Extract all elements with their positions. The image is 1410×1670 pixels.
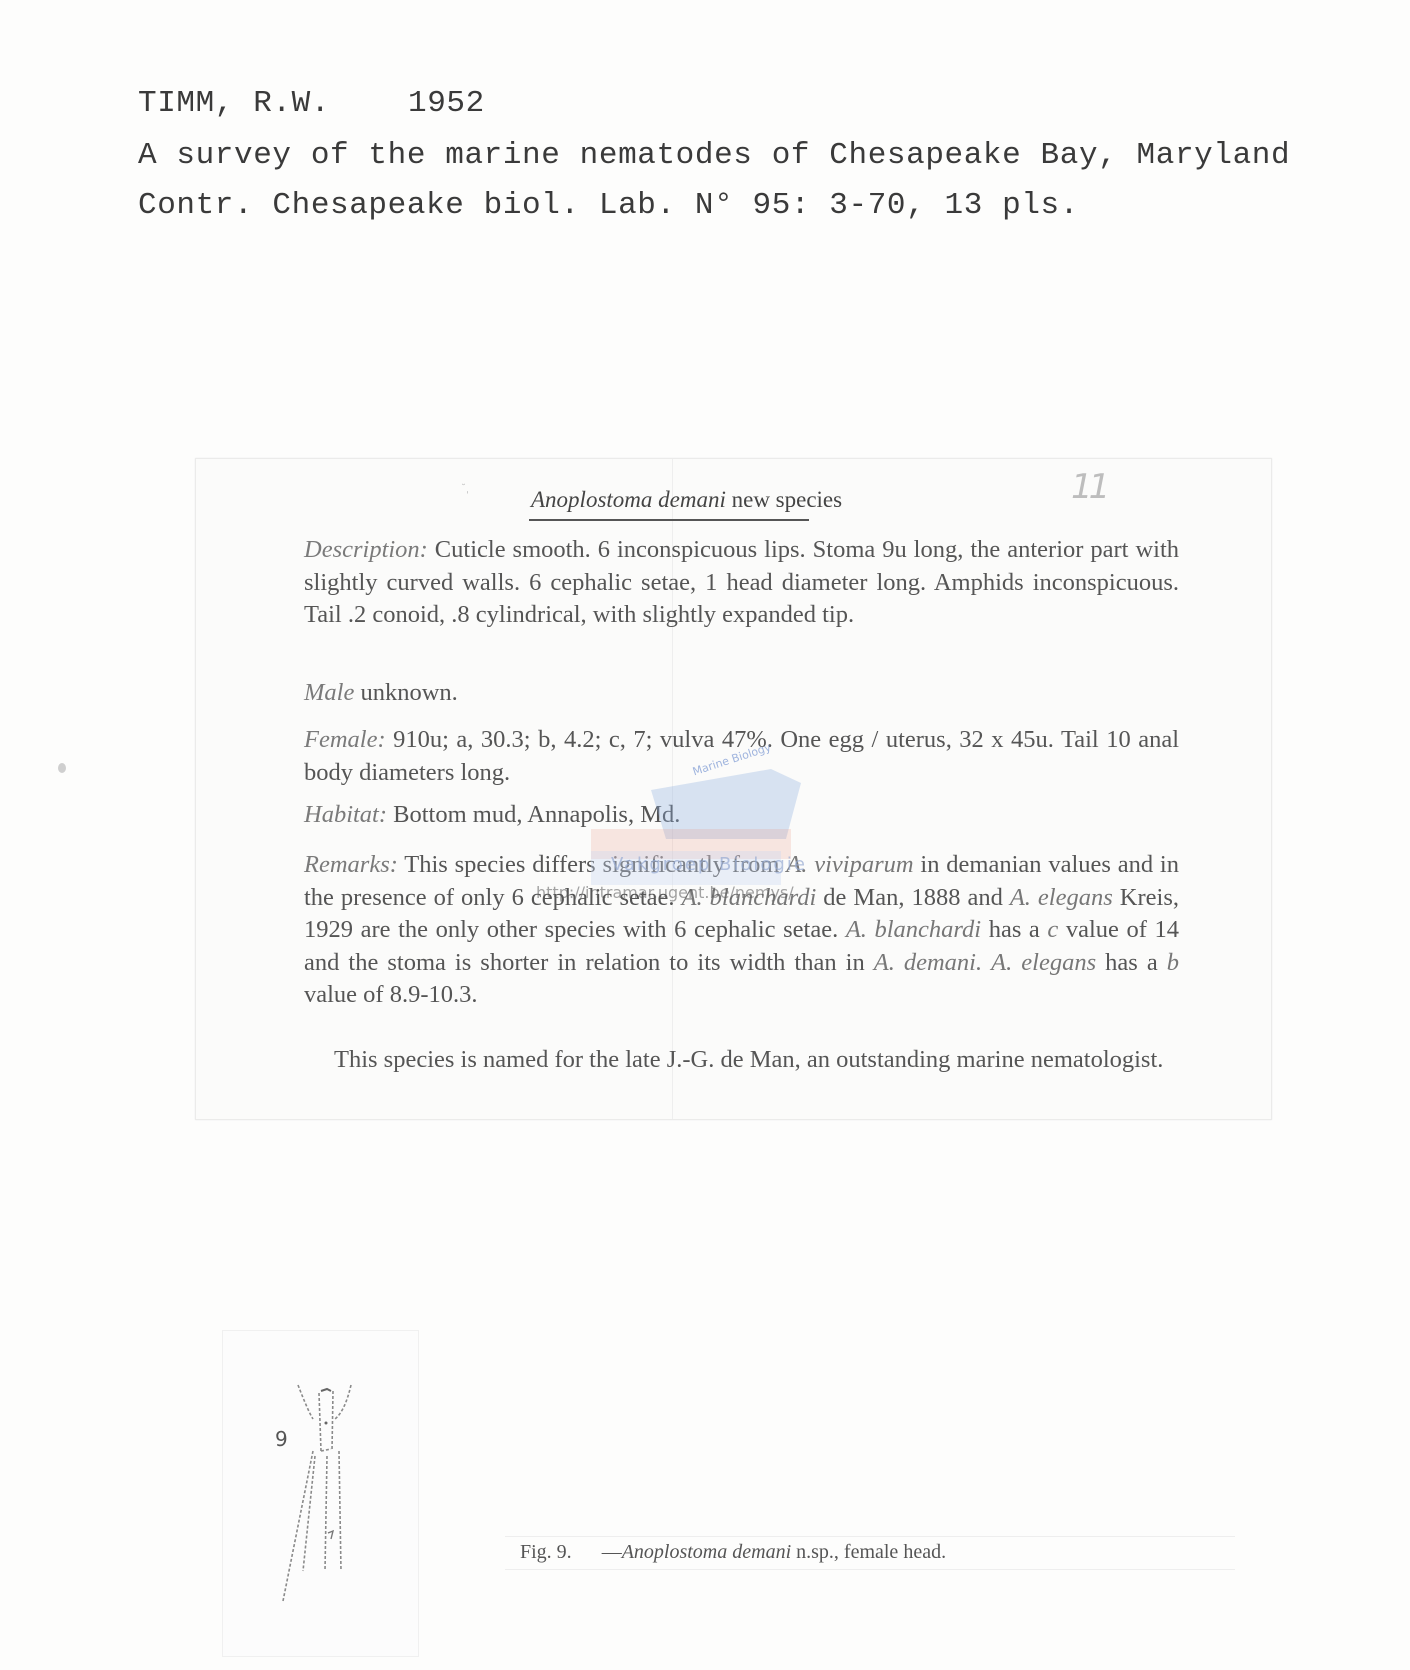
male-text: unknown. (354, 679, 457, 706)
female-text: 910u; a, 30.3; b, 4.2; c, 7; vulva 47%. … (304, 726, 1179, 786)
nematode-head-drawing-icon: 9 (223, 1331, 418, 1656)
variable-ref: c (1047, 916, 1058, 943)
citation-author-line: TIMM, R.W.1952 (138, 86, 485, 121)
remarks-text: has a (981, 916, 1047, 943)
citation-source: Contr. Chesapeake biol. Lab. N° 95: 3-70… (138, 188, 1079, 223)
remarks-label: Remarks: (304, 851, 398, 878)
caption-rest: n.sp., female head. (791, 1541, 946, 1563)
dedication-paragraph: This species is named for the late J.-G.… (304, 1044, 1179, 1077)
species-ref: A. elegans (991, 949, 1096, 976)
scan-speck (58, 763, 66, 773)
page-number-pencil: 11 (1071, 467, 1106, 507)
variable-ref: b (1167, 949, 1179, 976)
figure-number: Fig. 9. (520, 1541, 572, 1563)
habitat-paragraph: Habitat: Bottom mud, Annapolis, Md. (304, 799, 1179, 832)
male-label: Male (304, 679, 354, 706)
remarks-text: de Man, 1888 and (816, 884, 1010, 911)
species-ref: A. demani. (874, 949, 982, 976)
citation-title: A survey of the marine nematodes of Ches… (138, 138, 1290, 173)
species-heading: Anoplostoma demani new species (531, 487, 842, 513)
habitat-text: Bottom mud, Annapolis, Md. (387, 801, 680, 828)
remarks-text (982, 949, 991, 976)
species-name: Anoplostoma demani (531, 487, 726, 512)
caption-species: Anoplostoma demani (622, 1541, 791, 1563)
description-clipping: ˘ˌ 11 Anoplostoma demani new species Des… (195, 458, 1272, 1120)
figure-caption-box: Fig. 9.—Anoplostoma demani n.sp., female… (505, 1536, 1235, 1570)
male-paragraph: Male unknown. (304, 677, 1179, 710)
heading-underline (529, 519, 809, 521)
figure-label: 9 (275, 1427, 288, 1451)
species-suffix: new species (726, 487, 842, 512)
species-ref: A. blanchardi (846, 916, 981, 943)
citation-author: TIMM, R.W. (138, 86, 330, 121)
species-ref: A. elegans (1010, 884, 1113, 911)
remarks-text: has a (1096, 949, 1167, 976)
description-label: Description: (304, 536, 428, 563)
description-paragraph: Description: Cuticle smooth. 6 inconspic… (304, 534, 1179, 632)
caption-dash: — (602, 1541, 622, 1563)
female-paragraph: Female: 910u; a, 30.3; b, 4.2; c, 7; vul… (304, 724, 1179, 789)
citation-year: 1952 (408, 86, 485, 121)
scan-mark: ˘ˌ (461, 484, 469, 495)
figure-caption: Fig. 9.—Anoplostoma demani n.sp., female… (520, 1541, 946, 1564)
remarks-paragraph: Remarks: This species differs significan… (304, 849, 1179, 1012)
female-label: Female: (304, 726, 386, 753)
species-ref: A. blanchardi (682, 884, 817, 911)
remarks-text: This species differs significantly from (398, 851, 786, 878)
species-ref: A. viviparum (786, 851, 913, 878)
remarks-text: value of 8.9-10.3. (304, 981, 478, 1008)
description-text: Cuticle smooth. 6 inconspicuous lips. St… (304, 536, 1179, 628)
figure-drawing: 9 (222, 1330, 419, 1657)
habitat-label: Habitat: (304, 801, 387, 828)
